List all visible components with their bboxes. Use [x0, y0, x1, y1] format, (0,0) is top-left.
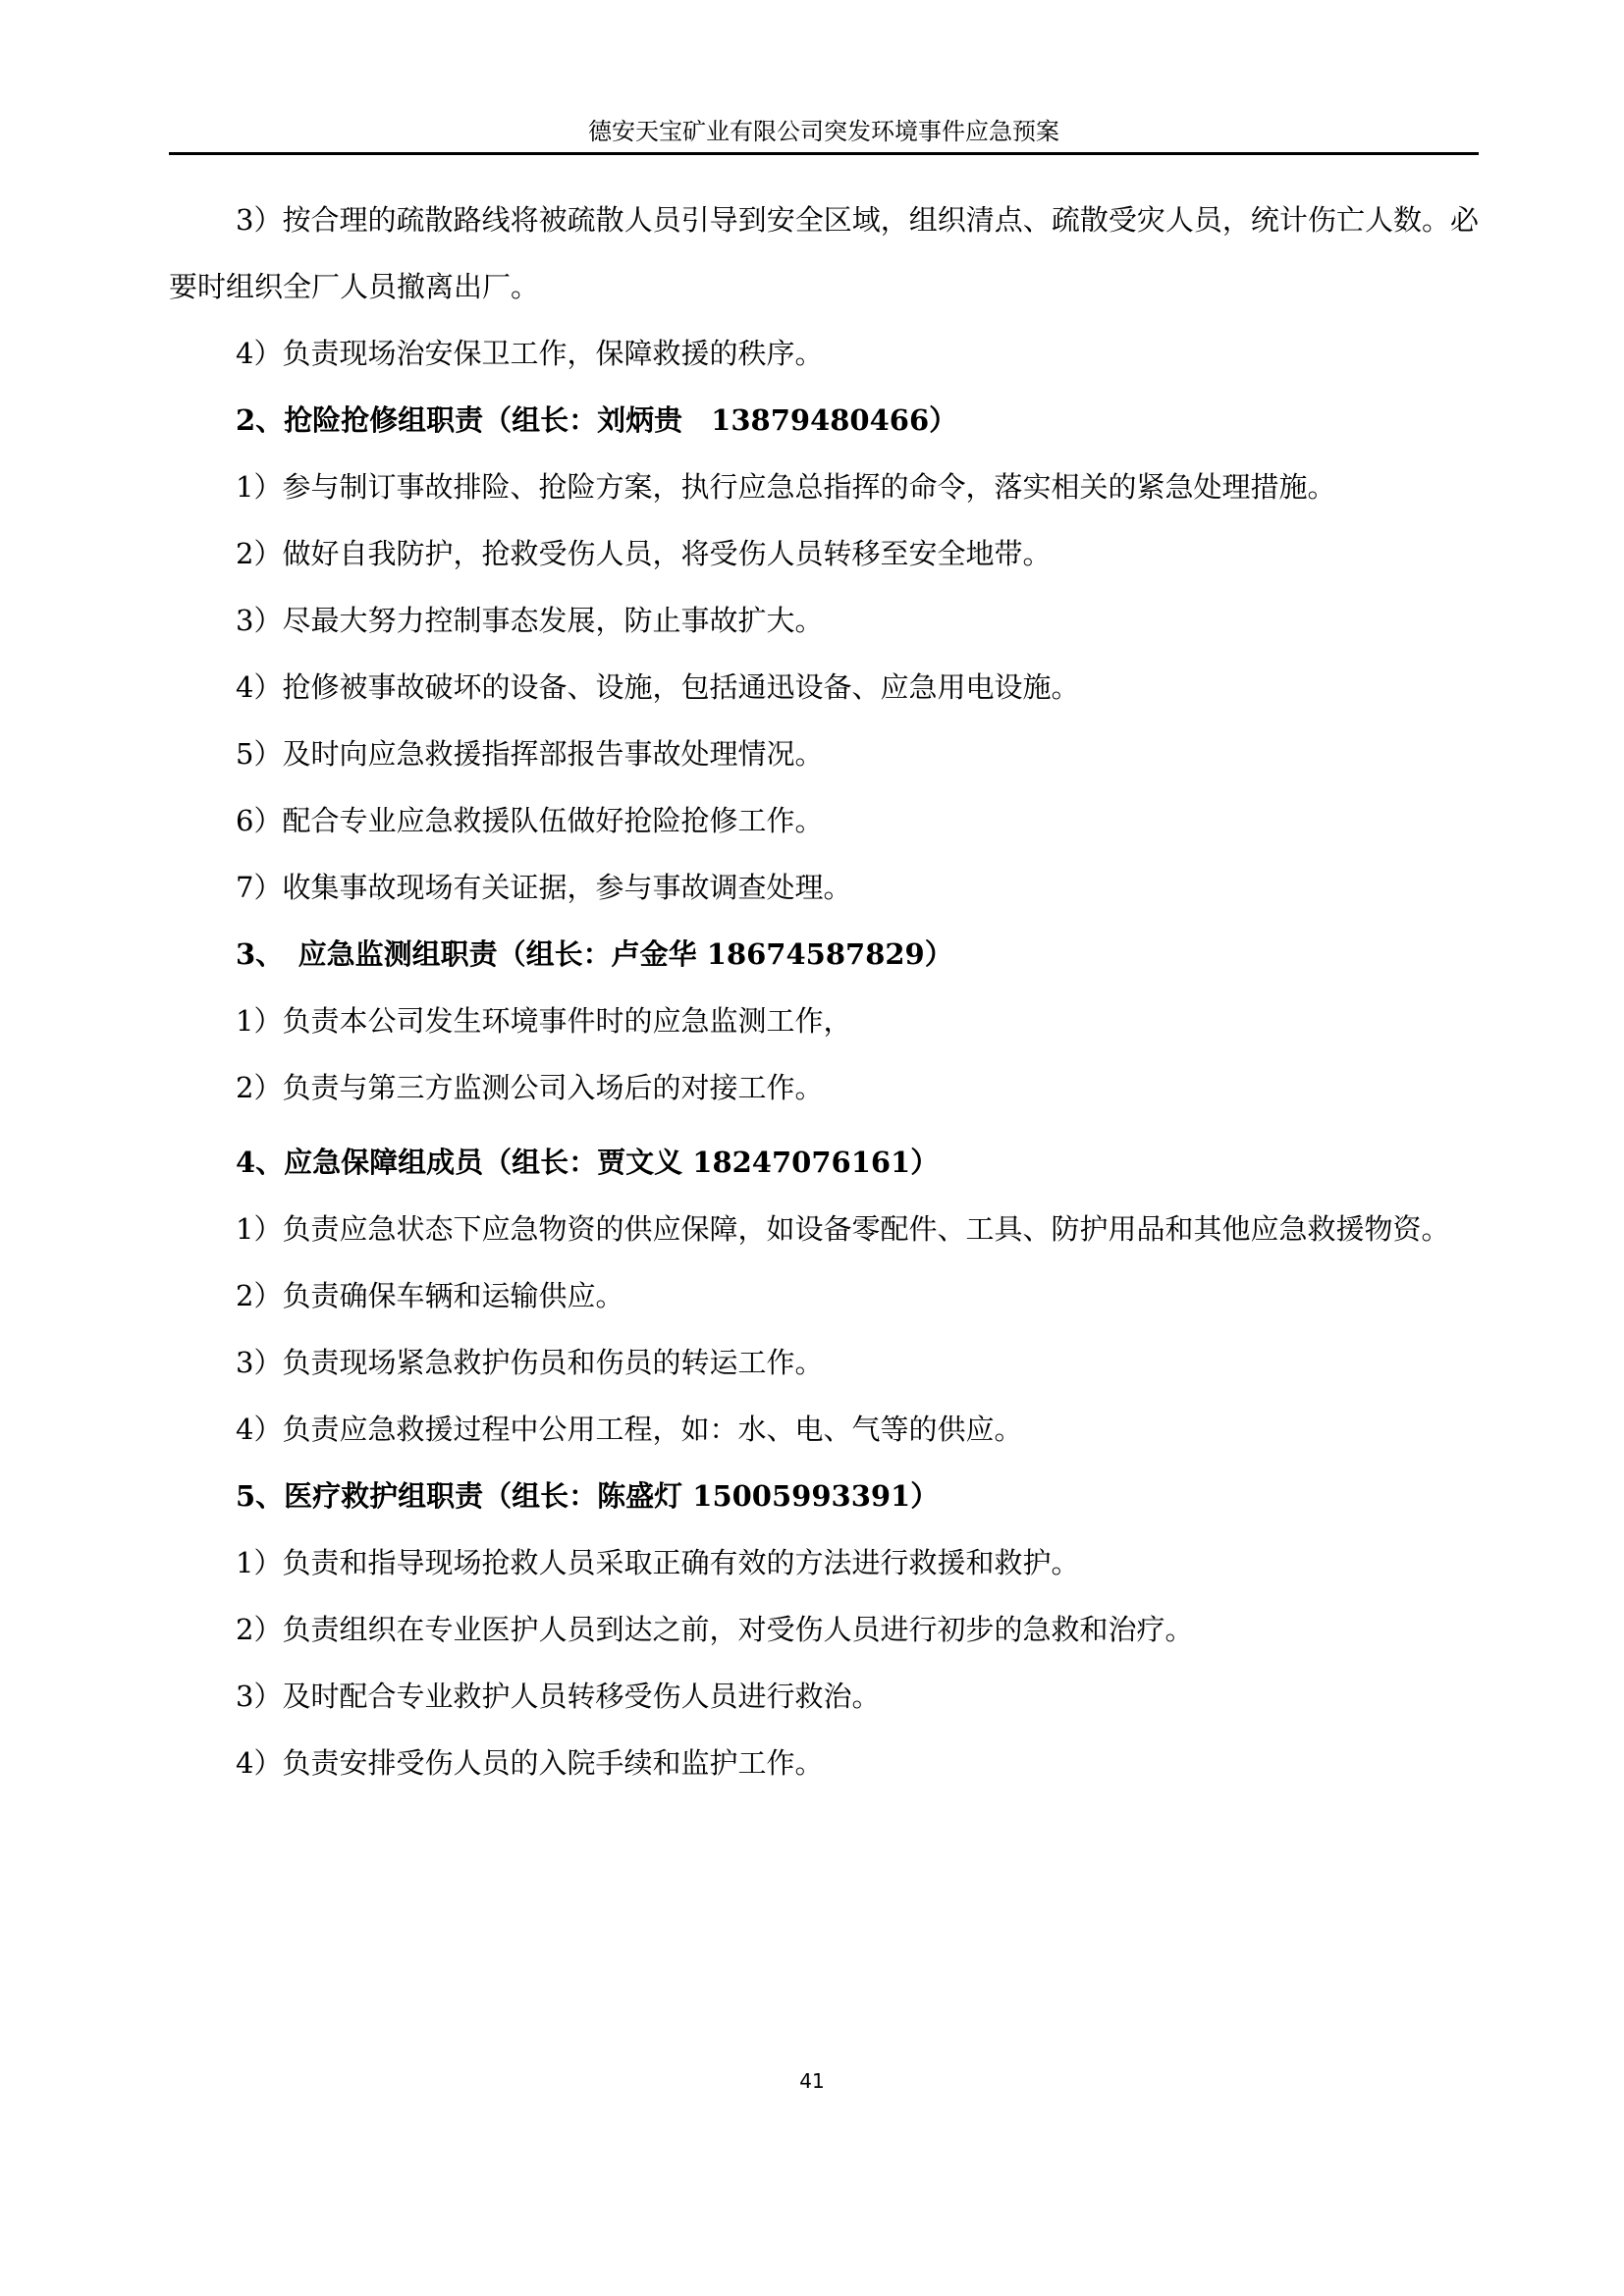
page-number: 41	[0, 2069, 1624, 2093]
paragraph-item: 1）负责和指导现场抢救人员采取正确有效的方法进行救援和救护。	[169, 1529, 1479, 1596]
paragraph-item: 2）负责确保车辆和运输供应。	[169, 1262, 1479, 1329]
paragraph-intro-3: 3）按合理的疏散路线将被疏散人员引导到安全区域，组织清点、疏散受灾人员，统计伤亡…	[169, 187, 1479, 320]
section-heading-support: 4、应急保障组成员（组长：贾文义 18247076161）	[169, 1129, 1479, 1196]
paragraph-item: 4）抢修被事故破坏的设备、设施，包括通迅设备、应急用电设施。	[169, 654, 1479, 721]
paragraph-item: 7）收集事故现场有关证据，参与事故调查处理。	[169, 854, 1479, 921]
document-header-title: 德安天宝矿业有限公司突发环境事件应急预案	[169, 118, 1479, 145]
paragraph-item: 4）负责安排受伤人员的入院手续和监护工作。	[169, 1730, 1479, 1796]
paragraph-item: 4）负责应急救援过程中公用工程，如：水、电、气等的供应。	[169, 1396, 1479, 1463]
paragraph-item: 1）参与制订事故排险、抢险方案，执行应急总指挥的命令，落实相关的紧急处理措施。	[169, 454, 1479, 520]
paragraph-item: 5）及时向应急救援指挥部报告事故处理情况。	[169, 721, 1479, 787]
header-divider	[169, 152, 1479, 155]
paragraph-intro-4: 4）负责现场治安保卫工作，保障救援的秩序。	[169, 320, 1479, 387]
paragraph-item: 1）负责本公司发生环境事件时的应急监测工作，	[169, 988, 1479, 1054]
section-heading-medical: 5、医疗救护组职责（组长：陈盛灯 15005993391）	[169, 1463, 1479, 1529]
paragraph-item: 2）负责与第三方监测公司入场后的对接工作。	[169, 1054, 1479, 1121]
paragraph-item: 3）负责现场紧急救护伤员和伤员的转运工作。	[169, 1329, 1479, 1396]
document-body: 3）按合理的疏散路线将被疏散人员引导到安全区域，组织清点、疏散受灾人员，统计伤亡…	[169, 187, 1479, 1796]
section-heading-repair: 2、抢险抢修组职责（组长：刘炳贵 13879480466）	[169, 387, 1479, 454]
paragraph-item: 2）负责组织在专业医护人员到达之前，对受伤人员进行初步的急救和治疗。	[169, 1596, 1479, 1663]
paragraph-item: 2）做好自我防护，抢救受伤人员，将受伤人员转移至安全地带。	[169, 520, 1479, 587]
paragraph-item: 3）及时配合专业救护人员转移受伤人员进行救治。	[169, 1663, 1479, 1730]
section-heading-monitoring: 3、 应急监测组职责（组长：卢金华 18674587829）	[169, 921, 1479, 988]
paragraph-item: 1）负责应急状态下应急物资的供应保障，如设备零配件、工具、防护用品和其他应急救援…	[169, 1196, 1479, 1262]
paragraph-item: 3）尽最大努力控制事态发展，防止事故扩大。	[169, 587, 1479, 654]
paragraph-item: 6）配合专业应急救援队伍做好抢险抢修工作。	[169, 787, 1479, 854]
